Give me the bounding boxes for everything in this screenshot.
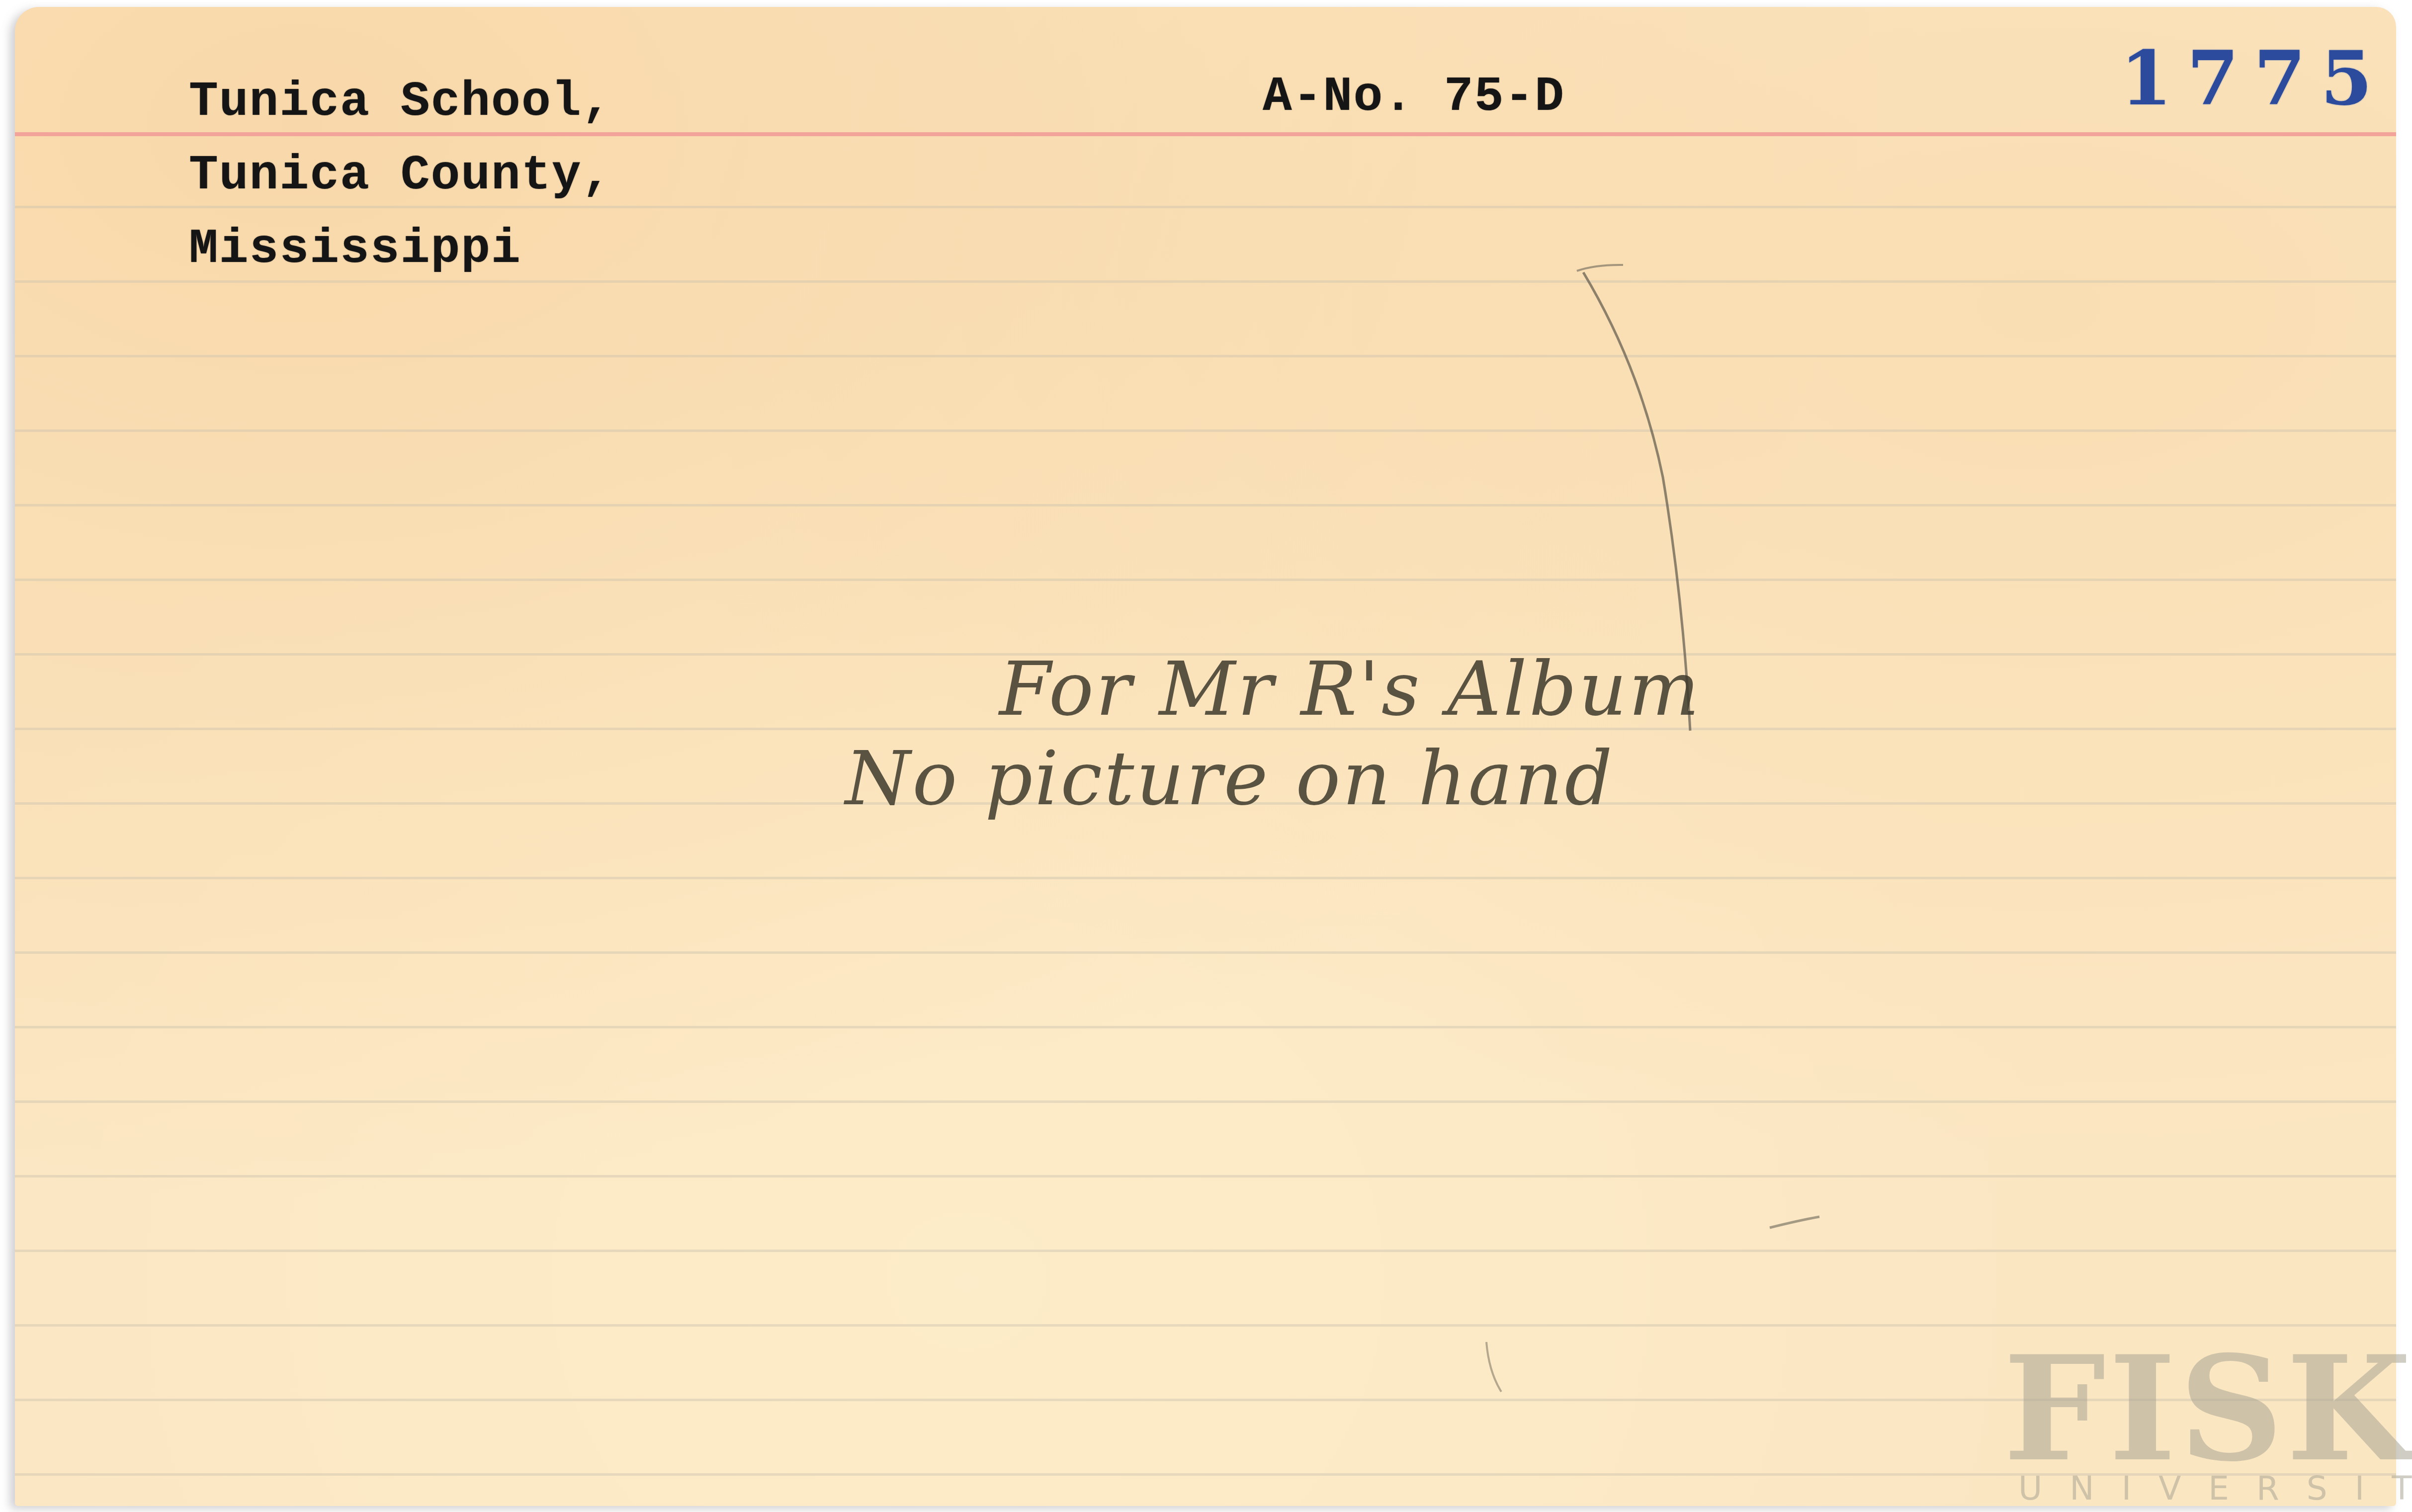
handwritten-note-album: For Mr R's Album bbox=[999, 646, 1702, 733]
watermark-university: UNIVERSITY bbox=[2018, 1472, 2412, 1505]
handwritten-note-no-picture: No picture on hand bbox=[845, 736, 1615, 822]
watermark-fisk: FISK bbox=[2003, 1337, 2412, 1481]
